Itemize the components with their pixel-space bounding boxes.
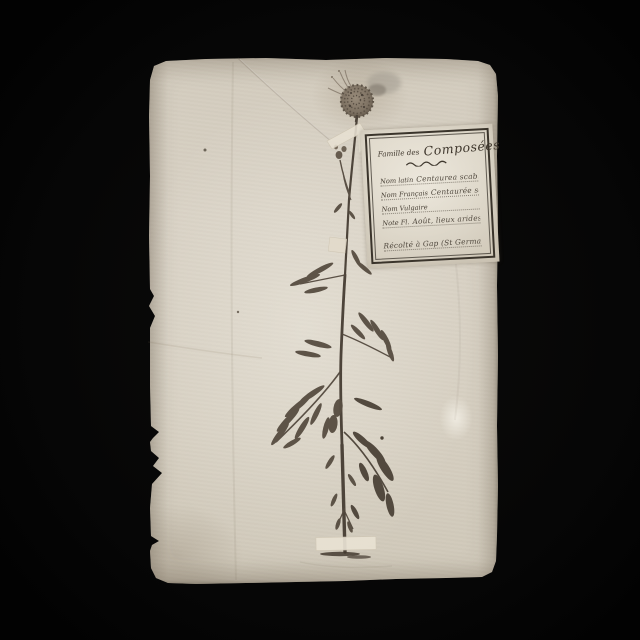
flower-head (328, 70, 373, 122)
label-row-collected: Récolté à Gap (St Germain) (383, 232, 482, 251)
tape-bottom (316, 536, 376, 550)
label-heading-family: Composées (423, 137, 501, 159)
label-separator-flourish (405, 159, 451, 167)
label-heading: Famille des Composées (377, 139, 478, 159)
label-outer-border: Famille des Composées Nom latin Centaure… (365, 128, 496, 264)
label-caption: Note Fl. (382, 218, 410, 227)
label-footer-text: Récolté à Gap (St Germain) (383, 236, 481, 251)
leaves-right-dark (344, 396, 397, 520)
tape-mid-stem (328, 237, 347, 253)
side-shoot (334, 145, 351, 200)
label-caption: Nom latin (380, 176, 414, 186)
stain-smudge (367, 72, 401, 96)
photo-background: Famille des Composées Nom latin Centaure… (0, 0, 640, 640)
pressed-plant (0, 0, 640, 640)
paper-specks (204, 149, 384, 440)
label-value: Août, lieux arides (412, 213, 480, 226)
herbarium-label: Famille des Composées Nom latin Centaure… (360, 124, 499, 269)
label-inner-border: Famille des Composées Nom latin Centaure… (369, 132, 491, 260)
label-heading-prefix: Famille des (378, 148, 420, 159)
